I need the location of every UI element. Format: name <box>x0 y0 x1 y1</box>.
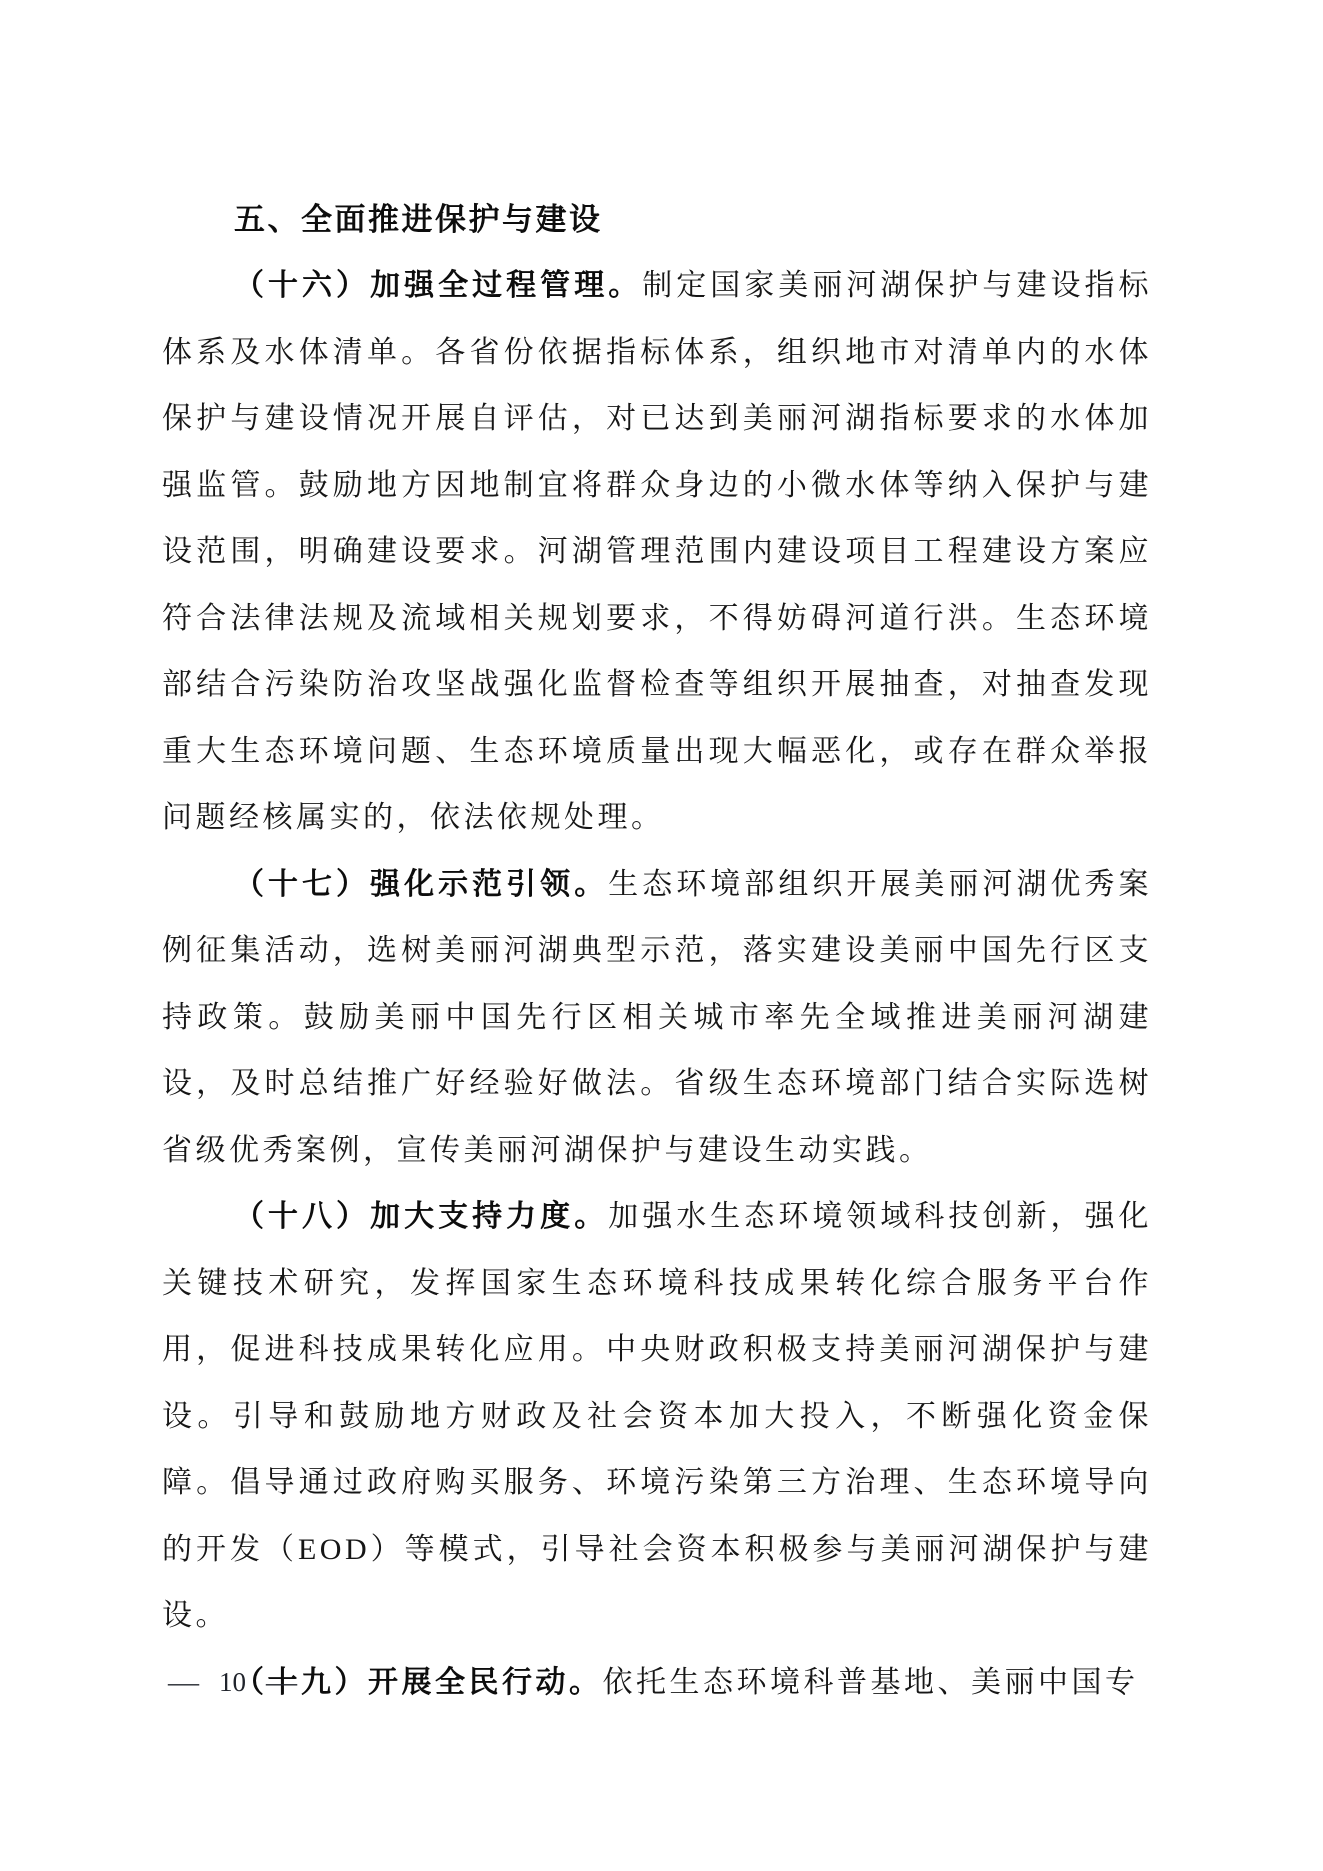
paragraph-17: （十七）强化示范引领。生态环境部组织开展美丽河湖优秀案例征集活动，选树美丽河湖典… <box>162 852 1152 1185</box>
paragraph-18: （十八）加大支持力度。加强水生态环境领域科技创新，强化关键技术研究，发挥国家生态… <box>162 1184 1152 1650</box>
footer-left-dash: — <box>168 1660 199 1704</box>
paragraph-18-lead: （十八）加大支持力度。 <box>234 1200 608 1233</box>
paragraph-19: （十九）开展全民行动。依托生态环境科普基地、美丽中国专 <box>162 1650 1152 1717</box>
page-footer: — 10 — <box>170 1660 295 1704</box>
paragraph-17-lead: （十七）强化示范引领。 <box>234 868 608 901</box>
footer-right-dash: — <box>266 1660 297 1704</box>
page-number: 10 <box>219 1660 246 1704</box>
paragraph-18-text: 加强水生态环境领域科技创新，强化关键技术研究，发挥国家生态环境科技成果转化综合服… <box>162 1200 1152 1632</box>
document-content: 五、全面推进保护与建设 （十六）加强全过程管理。制定国家美丽河湖保护与建设指标体… <box>162 186 1152 1716</box>
paragraph-16: （十六）加强全过程管理。制定国家美丽河湖保护与建设指标体系及水体清单。各省份依据… <box>162 253 1152 852</box>
paragraph-19-text: 依托生态环境科普基地、美丽中国专 <box>603 1666 1139 1699</box>
paragraph-17-text: 生态环境部组织开展美丽河湖优秀案例征集活动，选树美丽河湖典型示范，落实建设美丽中… <box>162 868 1152 1167</box>
section-heading: 五、全面推进保护与建设 <box>162 186 1152 253</box>
document-page: 五、全面推进保护与建设 （十六）加强全过程管理。制定国家美丽河湖保护与建设指标体… <box>0 0 1323 1871</box>
paragraph-16-text: 制定国家美丽河湖保护与建设指标体系及水体清单。各省份依据指标体系，组织地市对清单… <box>162 269 1152 834</box>
paragraph-16-lead: （十六）加强全过程管理。 <box>234 269 642 302</box>
